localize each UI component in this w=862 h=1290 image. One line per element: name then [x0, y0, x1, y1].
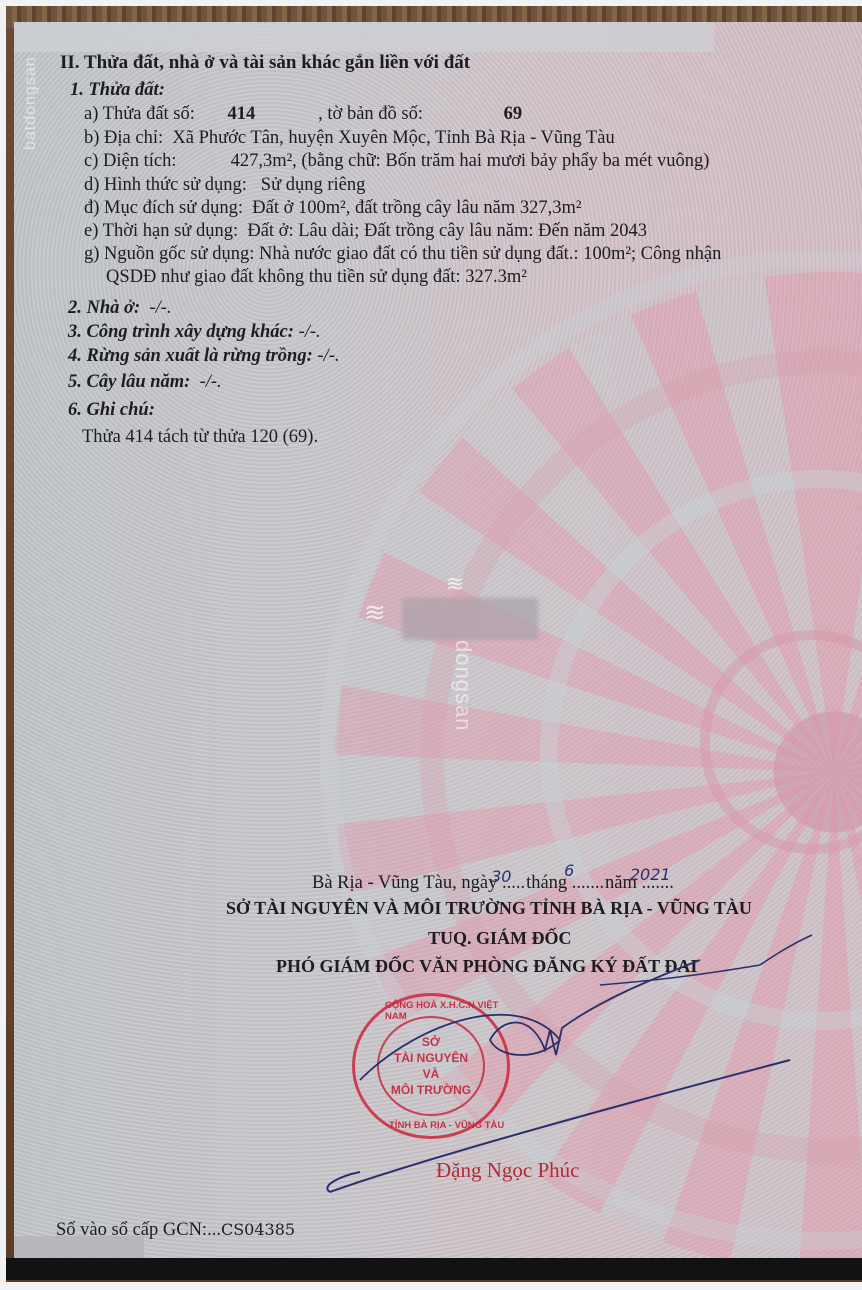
- term-value: Đất ở: Lâu dài; Đất trồng cây lâu năm: Đ…: [247, 221, 647, 241]
- handwritten-month: 6: [564, 861, 574, 880]
- field-usage-form: d) Hình thức sử dụng: Sử dụng riêng: [84, 175, 365, 196]
- signer-name: Đặng Ngọc Phúc: [436, 1158, 579, 1183]
- stamp-ring-bottom: TỈNH BÀ RỊA - VŨNG TÀU: [389, 1120, 504, 1131]
- note-text: Thửa 414 tách từ thửa 120 (69).: [82, 427, 318, 448]
- parcel-label: a) Thửa đất số:: [84, 104, 195, 124]
- origin-continued: QSDĐ như giao đất không thu tiền sử dụng…: [106, 267, 527, 288]
- map-label: , tờ bản đồ số:: [318, 104, 423, 124]
- date-line: Bà Rịa - Vũng Tàu, ngày .....30 tháng ..…: [312, 873, 671, 894]
- field-term: e) Thời hạn sử dụng: Đất ở: Lâu dài; Đất…: [84, 221, 647, 242]
- item-other-construction: 3. Công trình xây dựng khác: -/-.: [68, 322, 321, 343]
- section-title: II. Thửa đất, nhà ở và tài sản khác gắn …: [60, 52, 470, 74]
- origin-value: Nhà nước giao đất có thu tiền sử dụng đấ…: [259, 244, 721, 264]
- item-planted-forest: 4. Rừng sản xuất là rừng trồng: -/-.: [68, 346, 339, 367]
- purpose-value: Đất ở 100m², đất trồng cây lâu năm 327,3…: [252, 198, 581, 218]
- field-origin: g) Nguồn gốc sử dụng: Nhà nước giao đất …: [84, 244, 721, 265]
- parcel-number: 414: [228, 104, 314, 125]
- field-parcel: a) Thửa đất số: 414 , tờ bản đồ số: 69: [84, 104, 522, 125]
- authority-line3: PHÓ GIÁM ĐỐC VĂN PHÒNG ĐĂNG KÝ ĐẤT ĐAI: [276, 956, 697, 977]
- official-stamp: CỘNG HOÀ X.H.C.N VIỆT NAM SỞ TÀI NGUYÊN …: [352, 993, 510, 1139]
- area-value: 427,3m², (bằng chữ: Bốn trăm hai mươi bả…: [231, 151, 710, 171]
- field-purpose: đ) Mục đích sử dụng: Đất ở 100m², đất tr…: [84, 198, 581, 219]
- handwritten-year: 2021: [630, 865, 671, 884]
- page-bottom-edge: [6, 1258, 862, 1280]
- authority-line1: SỞ TÀI NGUYÊN VÀ MÔI TRƯỜNG TỈNH BÀ RỊA …: [226, 898, 752, 919]
- item-house: 2. Nhà ở: -/-.: [68, 298, 171, 319]
- field-address: b) Địa chỉ: Xã Phước Tân, huyện Xuyên Mộ…: [84, 128, 615, 149]
- usage-form-value: Sử dụng riêng: [261, 175, 366, 195]
- redaction-patch: [14, 1236, 144, 1260]
- land-heading: 1. Thửa đất:: [70, 80, 165, 101]
- stamp-center: SỞ TÀI NGUYÊN VÀ MÔI TRƯỜNG: [377, 1016, 485, 1116]
- address-value: Xã Phước Tân, huyện Xuyên Mộc, Tỉnh Bà R…: [172, 128, 614, 148]
- item-perennial-trees: 5. Cây lâu năm: -/-.: [68, 372, 222, 393]
- authority-line2: TUQ. GIÁM ĐỐC: [428, 928, 572, 949]
- field-area: c) Diện tích: 427,3m², (bằng chữ: Bốn tr…: [84, 151, 709, 172]
- map-number: 69: [504, 104, 523, 125]
- registry-value: CS04385: [221, 1220, 295, 1239]
- item-notes: 6. Ghi chú:: [68, 400, 155, 421]
- handwritten-day: 30: [491, 867, 511, 886]
